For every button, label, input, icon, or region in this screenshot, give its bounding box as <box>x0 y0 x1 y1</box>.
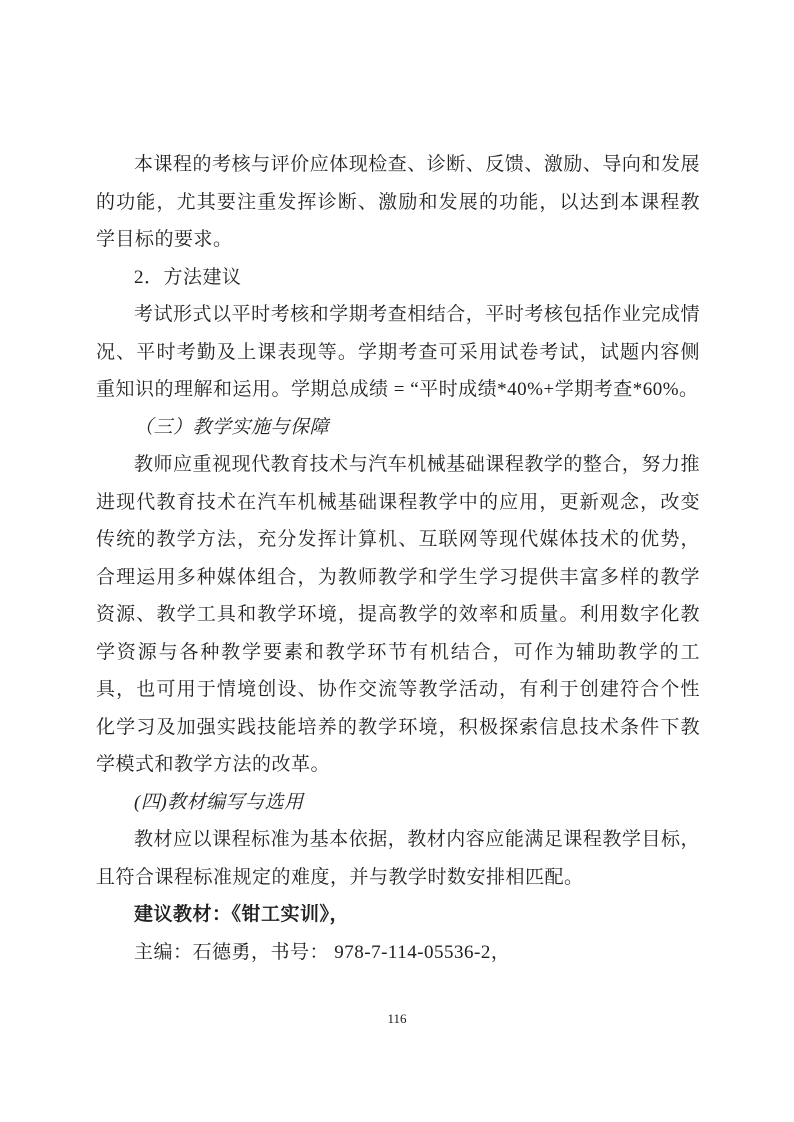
document-page: 本课程的考核与评价应体现检查、诊断、反馈、激励、导向和发展的功能，尤其要注重发挥… <box>0 0 794 1122</box>
paragraph-modern-education-technology: 教师应重视现代教育技术与汽车机械基础课程教学的整合，努力推进现代教育技术在汽车机… <box>96 446 700 784</box>
page-number: 116 <box>0 1010 794 1028</box>
heading-method-suggestion: 2．方法建议 <box>96 259 700 297</box>
heading-teaching-implementation: （三）教学实施与保障 <box>96 409 700 447</box>
line-recommended-textbook: 建议教材：《钳工实训》， <box>96 896 700 934</box>
line-editor-isbn: 主编：石德勇，书号： 978-7-114-05536-2， <box>96 934 700 972</box>
paragraph-assessment-function: 本课程的考核与评价应体现检查、诊断、反馈、激励、导向和发展的功能，尤其要注重发挥… <box>96 146 700 259</box>
paragraph-exam-form: 考试形式以平时考核和学期考查相结合，平时考核包括作业完成情况、平时考勤及上课表现… <box>96 296 700 409</box>
heading-textbook-compilation: (四)教材编写与选用 <box>96 784 700 822</box>
document-body-text: 本课程的考核与评价应体现检查、诊断、反馈、激励、导向和发展的功能，尤其要注重发挥… <box>96 146 700 971</box>
paragraph-textbook-standard: 教材应以课程标准为基本依据，教材内容应能满足课程教学目标，且符合课程标准规定的难… <box>96 821 700 896</box>
